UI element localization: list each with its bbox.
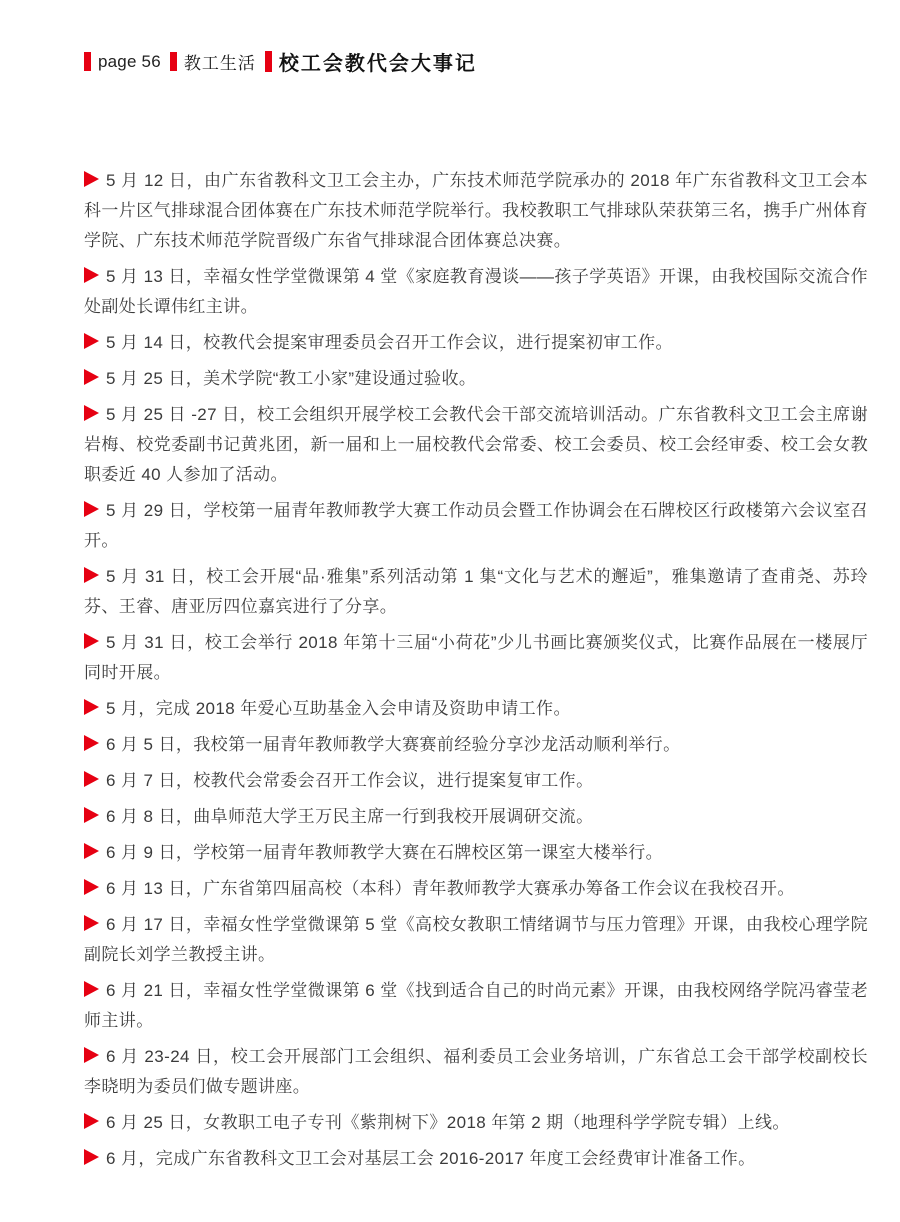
event-list: 5 月 12 日，由广东省教科文卫工会主办，广东技术师范学院承办的 2018 年… [84, 166, 868, 1180]
event-text: 5 月 12 日，由广东省教科文卫工会主办，广东技术师范学院承办的 2018 年… [84, 171, 868, 250]
red-divider-bar-icon [265, 51, 272, 72]
event-text: 6 月 13 日，广东省第四届高校（本科）青年教师教学大赛承办筹备工作会议在我校… [106, 879, 795, 898]
triangle-bullet-icon [84, 1047, 99, 1063]
event-entry: 5 月 29 日，学校第一届青年教师教学大赛工作动员会暨工作协调会在石牌校区行政… [84, 496, 868, 556]
event-text: 6 月 21 日，幸福女性学堂微课第 6 堂《找到适合自己的时尚元素》开课，由我… [84, 981, 868, 1030]
event-text: 5 月 14 日，校教代会提案审理委员会召开工作会议，进行提案初审工作。 [106, 333, 673, 352]
event-entry: 6 月 8 日，曲阜师范大学王万民主席一行到我校开展调研交流。 [84, 802, 868, 832]
triangle-bullet-icon [84, 771, 99, 787]
event-entry: 6 月 5 日，我校第一届青年教师教学大赛赛前经验分享沙龙活动顺利举行。 [84, 730, 868, 760]
triangle-bullet-icon [84, 1113, 99, 1129]
triangle-bullet-icon [84, 333, 99, 349]
page-header: page 56 教工生活 校工会教代会大事记 [84, 47, 477, 76]
triangle-bullet-icon [84, 981, 99, 997]
event-text: 5 月 31 日，校工会开展“品·雅集”系列活动第 1 集“文化与艺术的邂逅”，… [84, 567, 868, 616]
event-text: 5 月 25 日，美术学院“教工小家”建设通过验收。 [106, 369, 476, 388]
event-text: 5 月 29 日，学校第一届青年教师教学大赛工作动员会暨工作协调会在石牌校区行政… [84, 501, 868, 550]
event-entry: 5 月 13 日，幸福女性学堂微课第 4 堂《家庭教育漫谈——孩子学英语》开课，… [84, 262, 868, 322]
triangle-bullet-icon [84, 915, 99, 931]
event-entry: 6 月 13 日，广东省第四届高校（本科）青年教师教学大赛承办筹备工作会议在我校… [84, 874, 868, 904]
page-number-label: page 56 [98, 52, 161, 72]
triangle-bullet-icon [84, 735, 99, 751]
event-entry: 6 月 23-24 日，校工会开展部门工会组织、福利委员工会业务培训，广东省总工… [84, 1042, 868, 1102]
triangle-bullet-icon [84, 267, 99, 283]
page-title: 校工会教代会大事记 [279, 47, 477, 76]
triangle-bullet-icon [84, 171, 99, 187]
event-entry: 5 月 12 日，由广东省教科文卫工会主办，广东技术师范学院承办的 2018 年… [84, 166, 868, 256]
event-entry: 6 月 9 日，学校第一届青年教师教学大赛在石牌校区第一课室大楼举行。 [84, 838, 868, 868]
triangle-bullet-icon [84, 567, 99, 583]
triangle-bullet-icon [84, 807, 99, 823]
event-entry: 5 月 25 日，美术学院“教工小家”建设通过验收。 [84, 364, 868, 394]
event-entry: 5 月 14 日，校教代会提案审理委员会召开工作会议，进行提案初审工作。 [84, 328, 868, 358]
red-divider-bar-icon [84, 52, 91, 71]
event-entry: 5 月 25 日 -27 日，校工会组织开展学校工会教代会干部交流培训活动。广东… [84, 400, 868, 490]
event-entry: 6 月 21 日，幸福女性学堂微课第 6 堂《找到适合自己的时尚元素》开课，由我… [84, 976, 868, 1036]
triangle-bullet-icon [84, 405, 99, 421]
event-text: 6 月 7 日，校教代会常委会召开工作会议，进行提案复审工作。 [106, 771, 593, 790]
event-text: 6 月 9 日，学校第一届青年教师教学大赛在石牌校区第一课室大楼举行。 [106, 843, 663, 862]
red-divider-bar-icon [170, 52, 177, 71]
event-text: 6 月 25 日，女教职工电子专刊《紫荆树下》2018 年第 2 期（地理科学学… [106, 1113, 790, 1132]
event-entry: 5 月 31 日，校工会开展“品·雅集”系列活动第 1 集“文化与艺术的邂逅”，… [84, 562, 868, 622]
event-entry: 5 月，完成 2018 年爱心互助基金入会申请及资助申请工作。 [84, 694, 868, 724]
event-text: 5 月 13 日，幸福女性学堂微课第 4 堂《家庭教育漫谈——孩子学英语》开课，… [84, 267, 868, 316]
event-text: 6 月，完成广东省教科文卫工会对基层工会 2016-2017 年度工会经费审计准… [106, 1149, 756, 1168]
triangle-bullet-icon [84, 1149, 99, 1165]
event-text: 5 月，完成 2018 年爱心互助基金入会申请及资助申请工作。 [106, 699, 571, 718]
event-text: 5 月 25 日 -27 日，校工会组织开展学校工会教代会干部交流培训活动。广东… [84, 405, 868, 484]
event-entry: 6 月，完成广东省教科文卫工会对基层工会 2016-2017 年度工会经费审计准… [84, 1144, 868, 1174]
event-entry: 6 月 7 日，校教代会常委会召开工作会议，进行提案复审工作。 [84, 766, 868, 796]
event-text: 6 月 23-24 日，校工会开展部门工会组织、福利委员工会业务培训，广东省总工… [84, 1047, 868, 1096]
magazine-page: page 56 教工生活 校工会教代会大事记 5 月 12 日，由广东省教科文卫… [0, 0, 900, 1222]
triangle-bullet-icon [84, 369, 99, 385]
triangle-bullet-icon [84, 633, 99, 649]
event-entry: 5 月 31 日，校工会举行 2018 年第十三届“小荷花”少儿书画比赛颁奖仪式… [84, 628, 868, 688]
triangle-bullet-icon [84, 843, 99, 859]
triangle-bullet-icon [84, 699, 99, 715]
event-text: 6 月 17 日，幸福女性学堂微课第 5 堂《高校女教职工情绪调节与压力管理》开… [84, 915, 868, 964]
event-text: 5 月 31 日，校工会举行 2018 年第十三届“小荷花”少儿书画比赛颁奖仪式… [84, 633, 868, 682]
event-entry: 6 月 17 日，幸福女性学堂微课第 5 堂《高校女教职工情绪调节与压力管理》开… [84, 910, 868, 970]
triangle-bullet-icon [84, 501, 99, 517]
event-text: 6 月 5 日，我校第一届青年教师教学大赛赛前经验分享沙龙活动顺利举行。 [106, 735, 680, 754]
event-text: 6 月 8 日，曲阜师范大学王万民主席一行到我校开展调研交流。 [106, 807, 593, 826]
event-entry: 6 月 25 日，女教职工电子专刊《紫荆树下》2018 年第 2 期（地理科学学… [84, 1108, 868, 1138]
triangle-bullet-icon [84, 879, 99, 895]
section-label: 教工生活 [184, 49, 256, 74]
